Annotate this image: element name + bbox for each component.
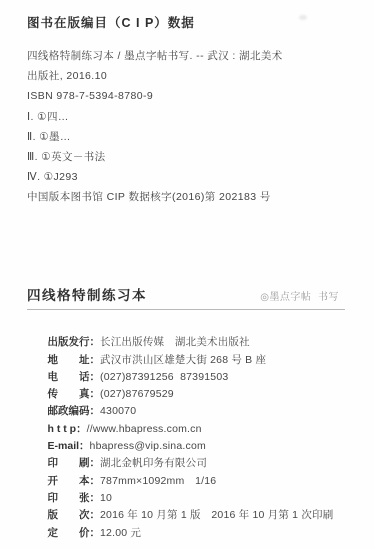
info-value: 长江出版传媒 湖北美术出版社 bbox=[100, 336, 250, 348]
cip-data-block: 图书在版编目（C I P）数据 四线格特制练习本 / 墨点字帖书写. -- 武汉… bbox=[27, 15, 357, 208]
info-label: 印 张： bbox=[48, 490, 101, 507]
cip-entry-1: Ⅰ. ①四… bbox=[27, 107, 357, 127]
info-label: 出版发行： bbox=[48, 334, 101, 351]
cip-publisher-line: 出版社, 2016.10 bbox=[27, 66, 357, 86]
cip-entry-3: Ⅲ. ①英文－书法 bbox=[27, 147, 357, 167]
book-title: 四线格特制练习本 bbox=[27, 284, 147, 304]
cip-entry-4: Ⅳ. ①J293 bbox=[27, 167, 357, 187]
info-label: 电 话： bbox=[48, 369, 101, 386]
info-value: (027)87679529 bbox=[100, 388, 174, 400]
author-credit: ◎墨点字帖 书写 bbox=[260, 288, 339, 303]
info-label: h t t p： bbox=[48, 421, 87, 438]
cip-record-number-line: 中国版本图书馆 CIP 数据核字(2016)第 202183 号 bbox=[27, 187, 357, 207]
cip-isbn-line: ISBN 978-7-5394-8780-9 bbox=[27, 86, 357, 106]
info-value: 12.00 元 bbox=[100, 527, 141, 539]
info-label: 定 价： bbox=[48, 525, 101, 542]
info-label: E-mail： bbox=[48, 438, 90, 455]
title-row: 四线格特制练习本 ◎墨点字帖 书写 bbox=[27, 284, 347, 304]
info-value: 2016 年 10 月第 1 版 2016 年 10 月第 1 次印刷 bbox=[100, 509, 333, 521]
colophon-block: 四线格特制练习本 ◎墨点字帖 书写 出版发行：长江出版传媒 湖北美术出版社 地 … bbox=[27, 284, 347, 525]
cip-entry-2: Ⅱ. ①墨… bbox=[27, 127, 357, 147]
info-row-publisher: 出版发行：长江出版传媒 湖北美术出版社 bbox=[27, 317, 347, 334]
info-value: 武汉市洪山区雄楚大街 268 号 B 座 bbox=[100, 354, 266, 366]
info-label: 传 真： bbox=[48, 386, 101, 403]
info-value: 787mm×1092mm 1/16 bbox=[100, 475, 216, 487]
info-label: 开 本： bbox=[48, 473, 101, 490]
info-value: 430070 bbox=[100, 405, 136, 417]
info-label: 邮政编码： bbox=[48, 403, 101, 420]
info-value: hbapress@vip.sina.com bbox=[90, 440, 206, 452]
info-value: 10 bbox=[100, 492, 112, 504]
info-label: 版 次： bbox=[48, 507, 101, 524]
info-label: 印 刷： bbox=[48, 455, 101, 472]
info-value: 湖北金帆印务有限公司 bbox=[100, 457, 207, 469]
info-label: 地 址： bbox=[48, 352, 101, 369]
divider-rule bbox=[27, 309, 345, 310]
cip-heading: 图书在版编目（C I P）数据 bbox=[27, 15, 357, 32]
info-value: //www.hbapress.com.cn bbox=[87, 423, 202, 435]
cip-title-statement-line: 四线格特制练习本 / 墨点字帖书写. -- 武汉 : 湖北美术 bbox=[27, 46, 357, 66]
copyright-page: 图书在版编目（C I P）数据 四线格特制练习本 / 墨点字帖书写. -- 武汉… bbox=[0, 0, 375, 549]
info-value: (027)87391256 87391503 bbox=[100, 371, 228, 383]
